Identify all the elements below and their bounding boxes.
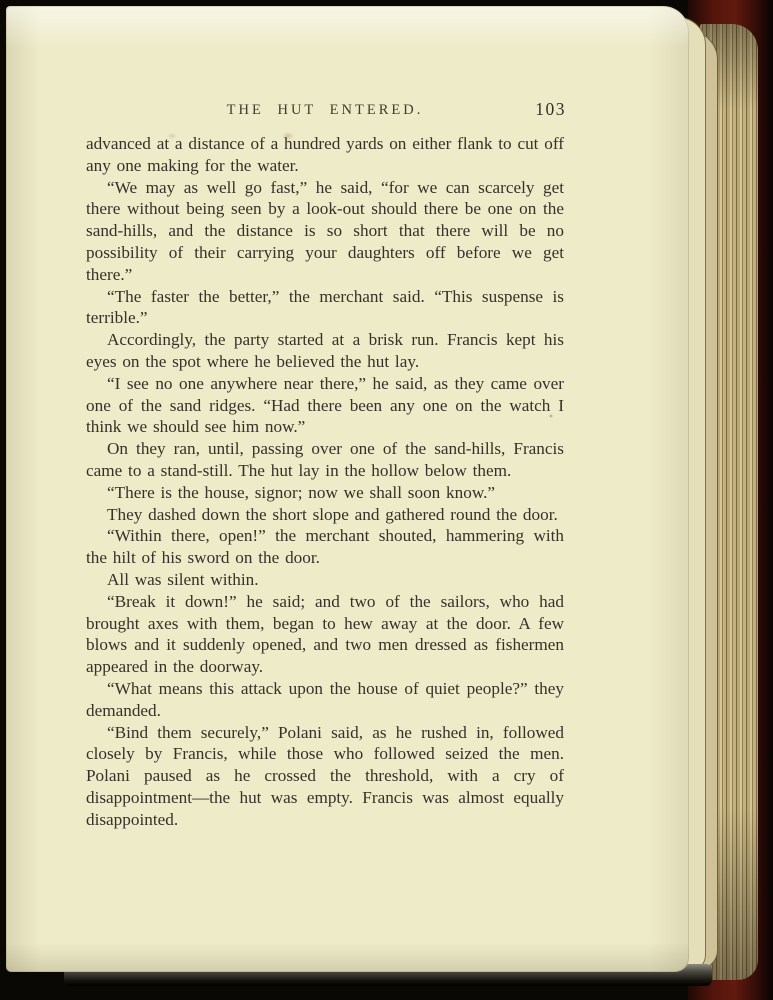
paragraph: “The faster the better,” the merchant sa… [86,286,564,330]
page-body: advanced at a distance of a hundred yard… [86,133,564,831]
book-scan: THE HUT ENTERED. 103 advanced at a dista… [0,0,773,1000]
paragraph: Accordingly, the party started at a bris… [86,329,564,373]
paragraph: On they ran, until, passing over one of … [86,438,564,482]
paragraph: “Bind them securely,” Polani said, as he… [86,722,564,831]
book-page: THE HUT ENTERED. 103 advanced at a dista… [6,6,689,972]
paragraph: “I see no one anywhere near there,” he s… [86,373,564,438]
page-number: 103 [535,99,566,120]
paragraph: They dashed down the short slope and gat… [86,504,564,526]
paragraph: “We may as well go fast,” he said, “for … [86,177,564,286]
paragraph: “Break it down!” he said; and two of the… [86,591,564,678]
paragraph: “Within there, open!” the merchant shout… [86,525,564,569]
paragraph: advanced at a distance of a hundred yard… [86,133,564,177]
paragraph: “What means this attack upon the house o… [86,678,564,722]
paragraph: All was silent within. [86,569,564,591]
running-title: THE HUT ENTERED. [86,102,564,119]
paragraph: “There is the house, signor; now we shal… [86,482,564,504]
running-header: THE HUT ENTERED. 103 [86,102,564,126]
